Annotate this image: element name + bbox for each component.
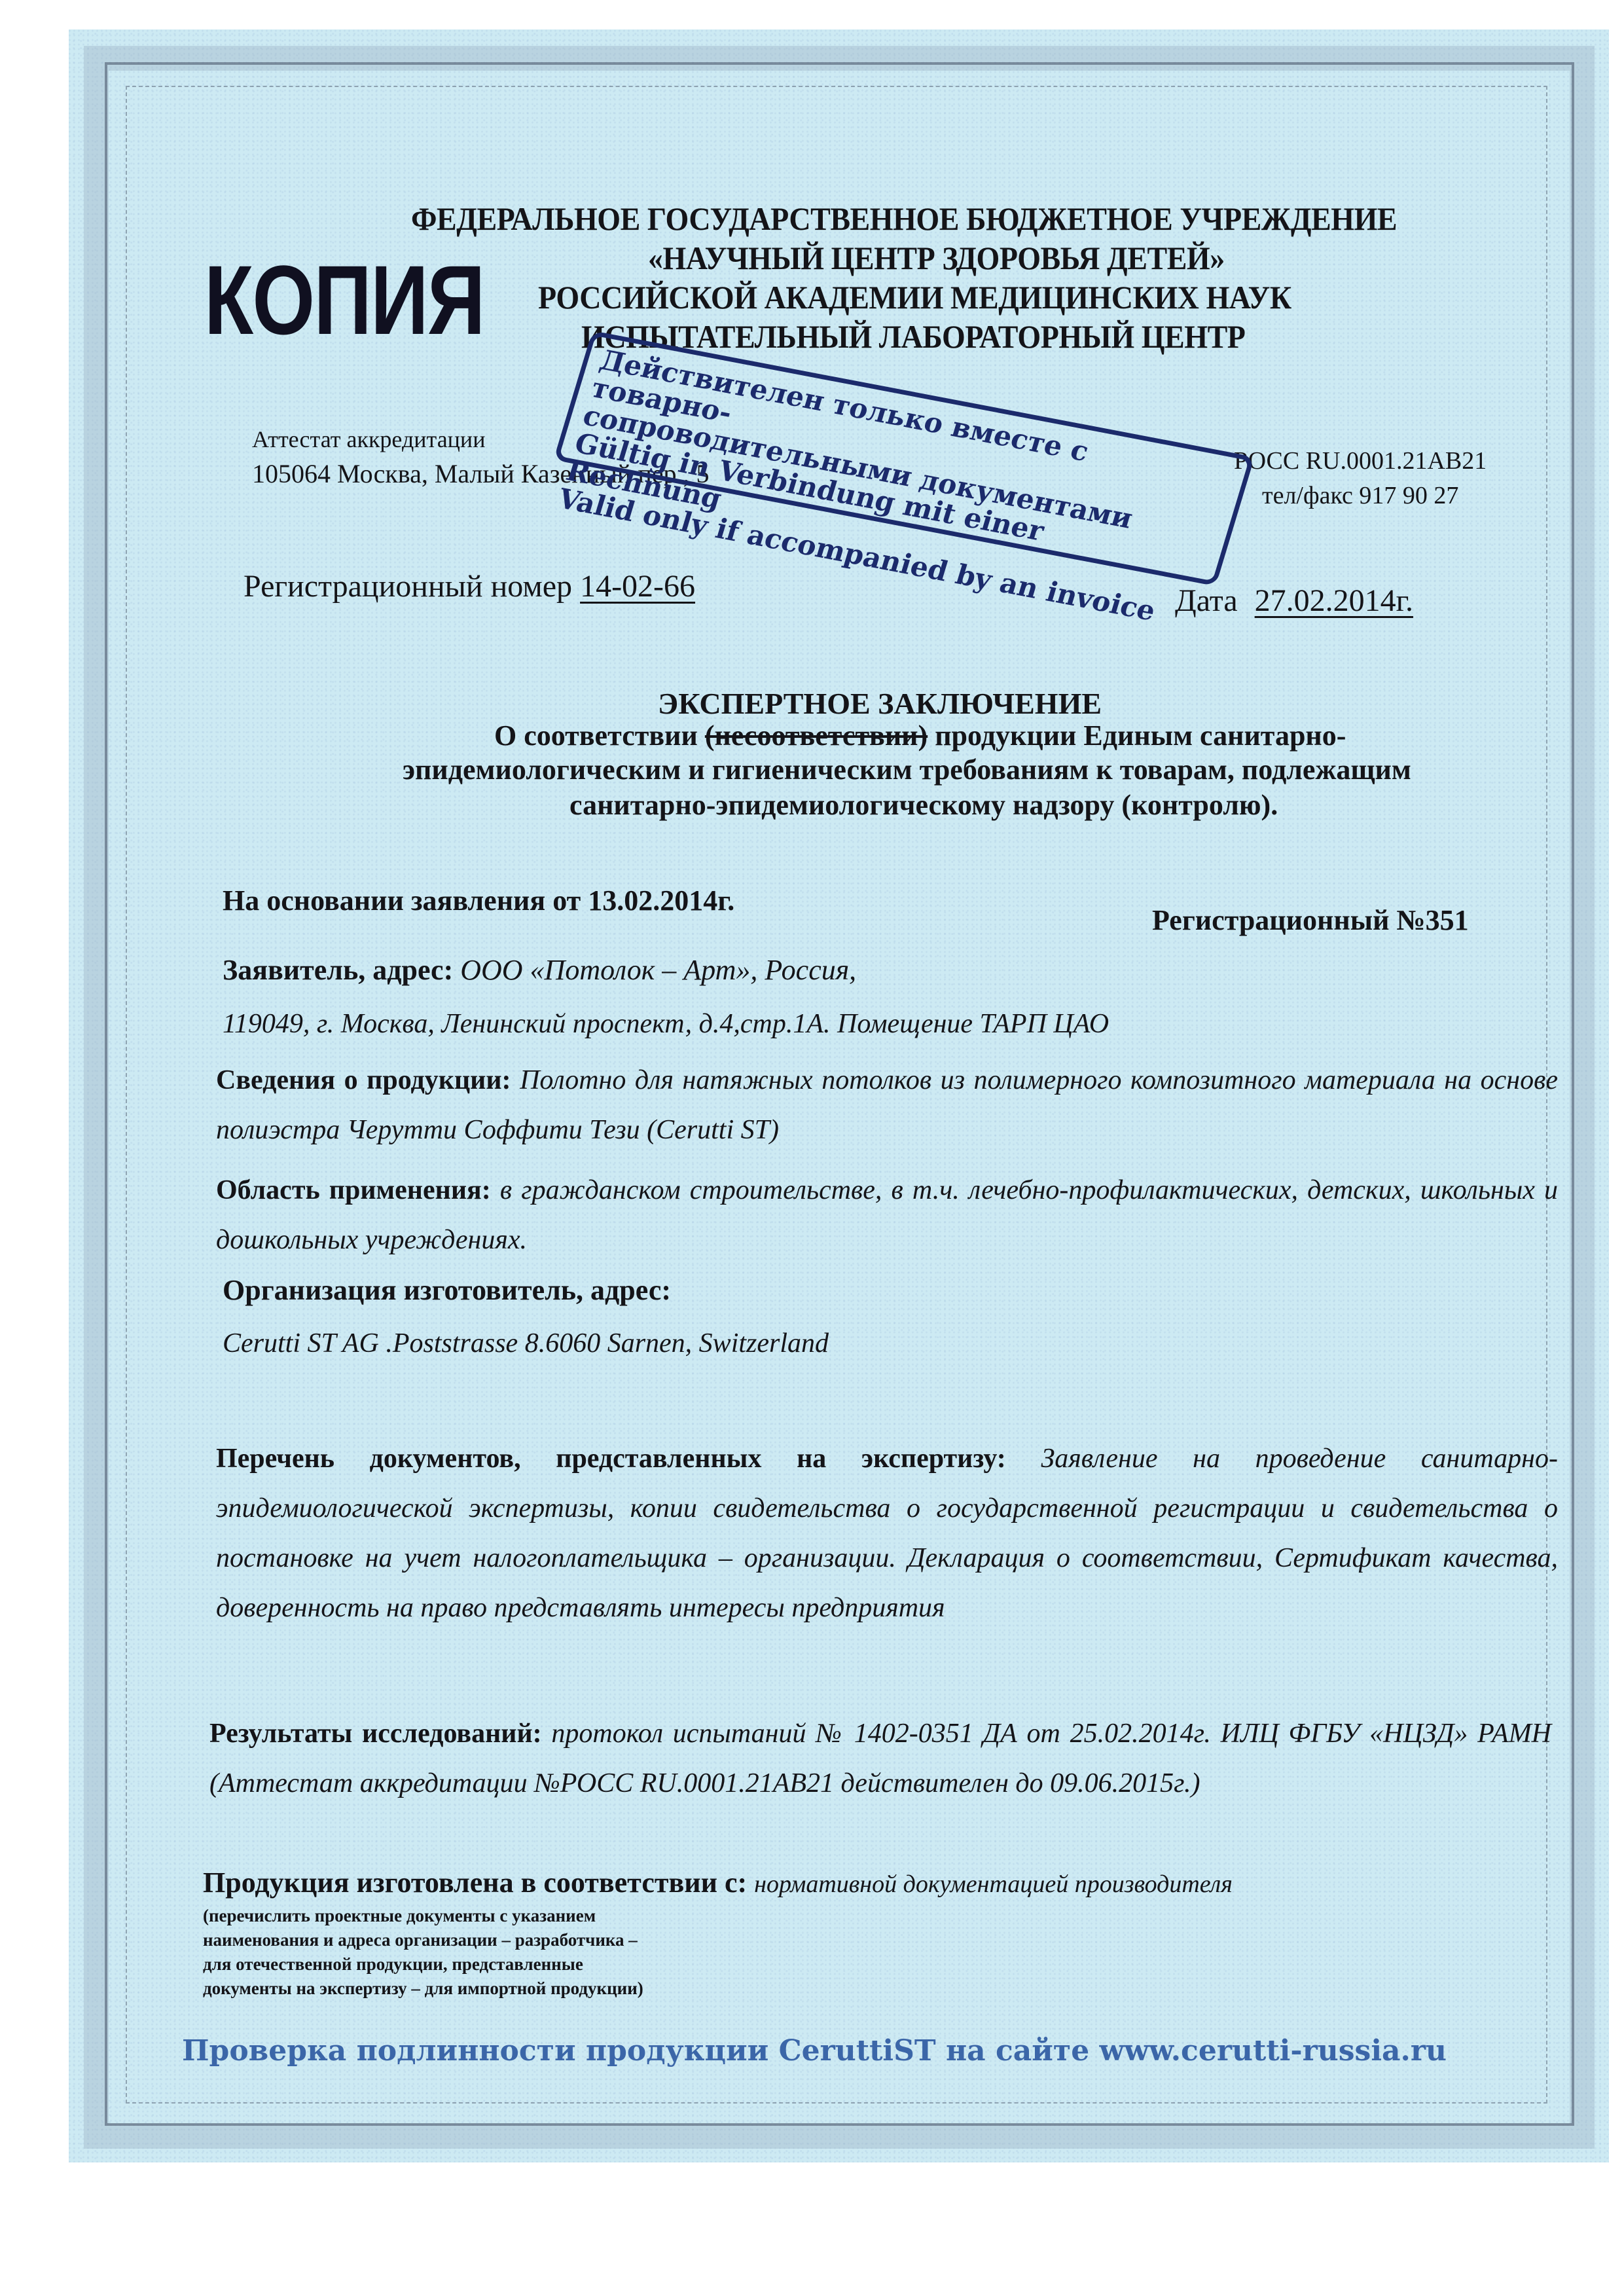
compliance-note: (перечислить проектные документы с указа… (203, 1904, 643, 2001)
results-label: Результаты исследований: (209, 1719, 542, 1749)
basis-registration: Регистрационный №351 (1152, 903, 1469, 937)
manufacturer-label: Организация изготовитель, адрес: (223, 1273, 671, 1307)
documents-label: Перечень документов, представленных на э… (216, 1444, 1006, 1474)
lab-phone: тел/факс 917 90 27 (1262, 481, 1458, 510)
accreditation-label: Аттестат аккредитации (252, 426, 485, 453)
compliance-row: Продукция изготовлена в соответствии с: … (203, 1866, 1233, 1899)
applicant-label: Заявитель, адрес: (223, 954, 453, 986)
manufacturer-value: Cerutti ST AG .Poststrasse 8.6060 Sarnen… (223, 1328, 829, 1359)
applicant-row: Заявитель, адрес: ООО «Потолок – Арт», Р… (223, 953, 856, 987)
note-line-3: для отечественной продукции, представлен… (203, 1952, 643, 1977)
note-line-2: наименования и адреса организации – разр… (203, 1928, 643, 1952)
registration-label: Регистрационный номер (244, 569, 572, 604)
title-rest: продукции Единым санитарно- (935, 720, 1346, 752)
header-line-2: «НАУЧНЫЙ ЦЕНТР ЗДОРОВЬЯ ДЕТЕЙ» (648, 239, 1225, 277)
compliance-value: нормативной документацией производителя (754, 1870, 1233, 1898)
title-line-3: эпидемиологическим и гигиеническим требо… (403, 753, 1411, 786)
registration-row: Регистрационный номер 14-02-66 (244, 568, 695, 604)
header-line-1: ФЕДЕРАЛЬНОЕ ГОСУДАРСТВЕННОЕ БЮДЖЕТНОЕ УЧ… (411, 200, 1397, 238)
document-title: ЭКСПЕРТНОЕ ЗАКЛЮЧЕНИЕ (658, 686, 1102, 721)
applicant-address: 119049, г. Москва, Ленинский проспект, д… (223, 1008, 1109, 1040)
compliance-label: Продукция изготовлена в соответствии с: (203, 1867, 747, 1899)
title-line-2: О соответствии (несоответствии) продукци… (494, 719, 1346, 752)
note-line-4: документы на экспертизу – для импортной … (203, 1977, 643, 2001)
product-info: Сведения о продукции: Полотно для натяжн… (216, 1055, 1558, 1155)
note-line-1: (перечислить проектные документы с указа… (203, 1904, 643, 1928)
header-line-3: РОССИЙСКОЙ АКАДЕМИИ МЕДИЦИНСКИХ НАУК (538, 278, 1291, 316)
title-line-4: санитарно-эпидемиологическому надзору (к… (569, 788, 1278, 822)
research-results: Результаты исследований: протокол испыта… (209, 1709, 1551, 1808)
date-label: Дата (1175, 583, 1238, 618)
product-label: Сведения о продукции: (216, 1065, 511, 1095)
authenticity-check-link[interactable]: Проверка подлинности продукции CeruttiST… (182, 2034, 1447, 2068)
applicant-value: ООО «Потолок – Арт», Россия, (460, 954, 856, 986)
title-prefix: О соответствии (494, 720, 698, 752)
basis-statement: На основании заявления от 13.02.2014г. (223, 884, 734, 917)
date-row: Дата 27.02.2014г. (1175, 583, 1413, 619)
scope-label: Область применения: (216, 1175, 491, 1205)
copy-stamp: КОПИЯ (204, 244, 484, 357)
registration-number: 14-02-66 (580, 569, 695, 604)
title-struck: (несоответствии) (705, 720, 928, 752)
accreditation-number: РОСС RU.0001.21АВ21 (1234, 446, 1487, 475)
date-value: 27.02.2014г. (1255, 583, 1413, 618)
submitted-documents: Перечень документов, представленных на э… (216, 1434, 1558, 1633)
application-scope: Область применения: в гражданском строит… (216, 1165, 1558, 1265)
